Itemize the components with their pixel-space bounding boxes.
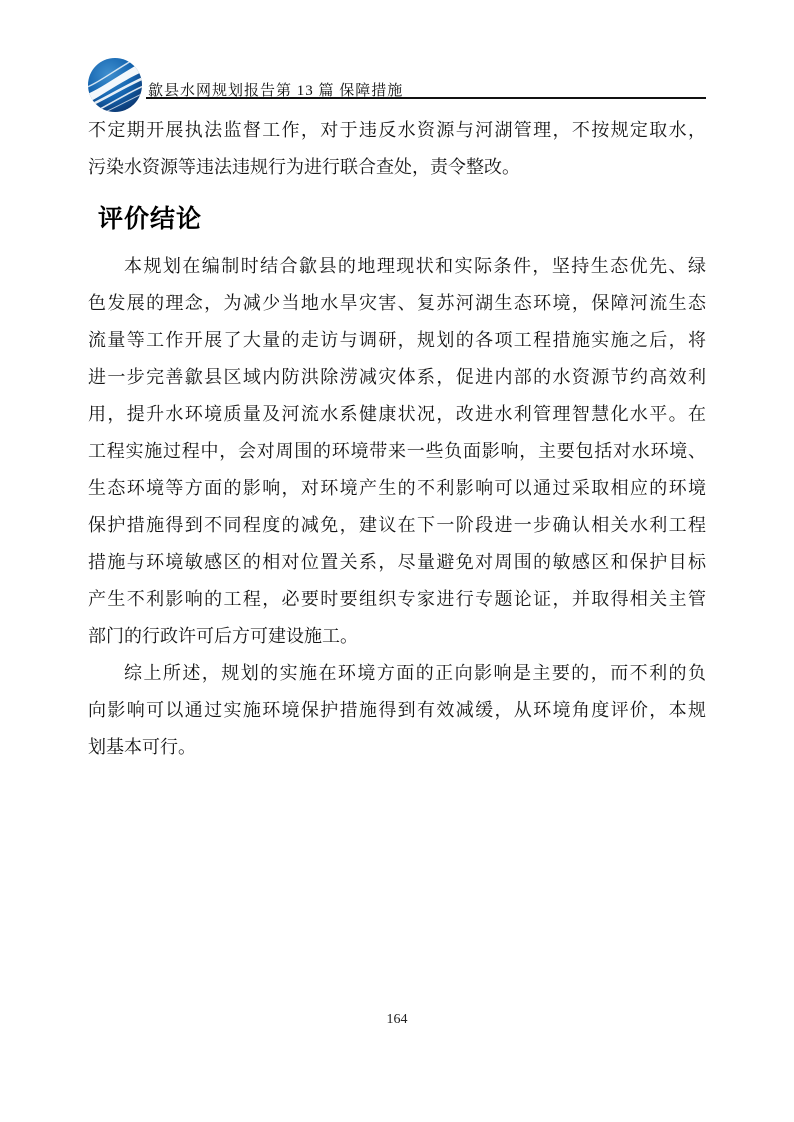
document-page: 歙县水网规划报告第 13 篇 保障措施 不定期开展执法监督工作，对于违反水资源与…: [0, 0, 794, 1122]
text-line: 综上所述，规划的实施在环境方面的正向影响是主要的，而不利的负: [88, 655, 706, 692]
text-line: 划基本可行。: [88, 729, 706, 766]
text-line: 保护措施得到不同程度的减免，建议在下一阶段进一步确认相关水利工程: [88, 507, 706, 544]
text-line: 部门的行政许可后方可建设施工。: [88, 618, 706, 655]
text-line: 不定期开展执法监督工作，对于违反水资源与河湖管理，不按规定取水，: [88, 112, 706, 149]
text-line: 向影响可以通过实施环境保护措施得到有效减缓，从环境角度评价，本规: [88, 692, 706, 729]
text-line: 流量等工作开展了大量的走访与调研，规划的各项工程措施实施之后，将: [88, 322, 706, 359]
text-line: 产生不利影响的工程，必要时要组织专家进行专题论证，并取得相关主管: [88, 581, 706, 618]
report-logo: [86, 56, 146, 114]
text-line: 色发展的理念，为减少当地水旱灾害、复苏河湖生态环境，保障河流生态: [88, 285, 706, 322]
text-line: 措施与环境敏感区的相对位置关系，尽量避免对周围的敏感区和保护目标: [88, 544, 706, 581]
water-network-logo-icon: [86, 56, 144, 114]
section-heading: 评价结论: [88, 200, 706, 238]
text-line: 污染水资源等违法违规行为进行联合查处，责令整改。: [88, 149, 706, 186]
header-title: 歙县水网规划报告第 13 篇 保障措施: [148, 79, 403, 100]
document-body: 不定期开展执法监督工作，对于违反水资源与河湖管理，不按规定取水， 污染水资源等违…: [88, 112, 706, 766]
page-number: 164: [0, 1012, 794, 1028]
text-line: 本规划在编制时结合歙县的地理现状和实际条件，坚持生态优先、绿: [88, 248, 706, 285]
text-line: 用，提升水环境质量及河流水系健康状况，改进水利管理智慧化水平。在: [88, 396, 706, 433]
text-line: 生态环境等方面的影响，对环境产生的不利影响可以通过采取相应的环境: [88, 470, 706, 507]
text-line: 工程实施过程中，会对周围的环境带来一些负面影响，主要包括对水环境、: [88, 433, 706, 470]
text-line: 进一步完善歙县区域内防洪除涝减灾体系，促进内部的水资源节约高效利: [88, 359, 706, 396]
